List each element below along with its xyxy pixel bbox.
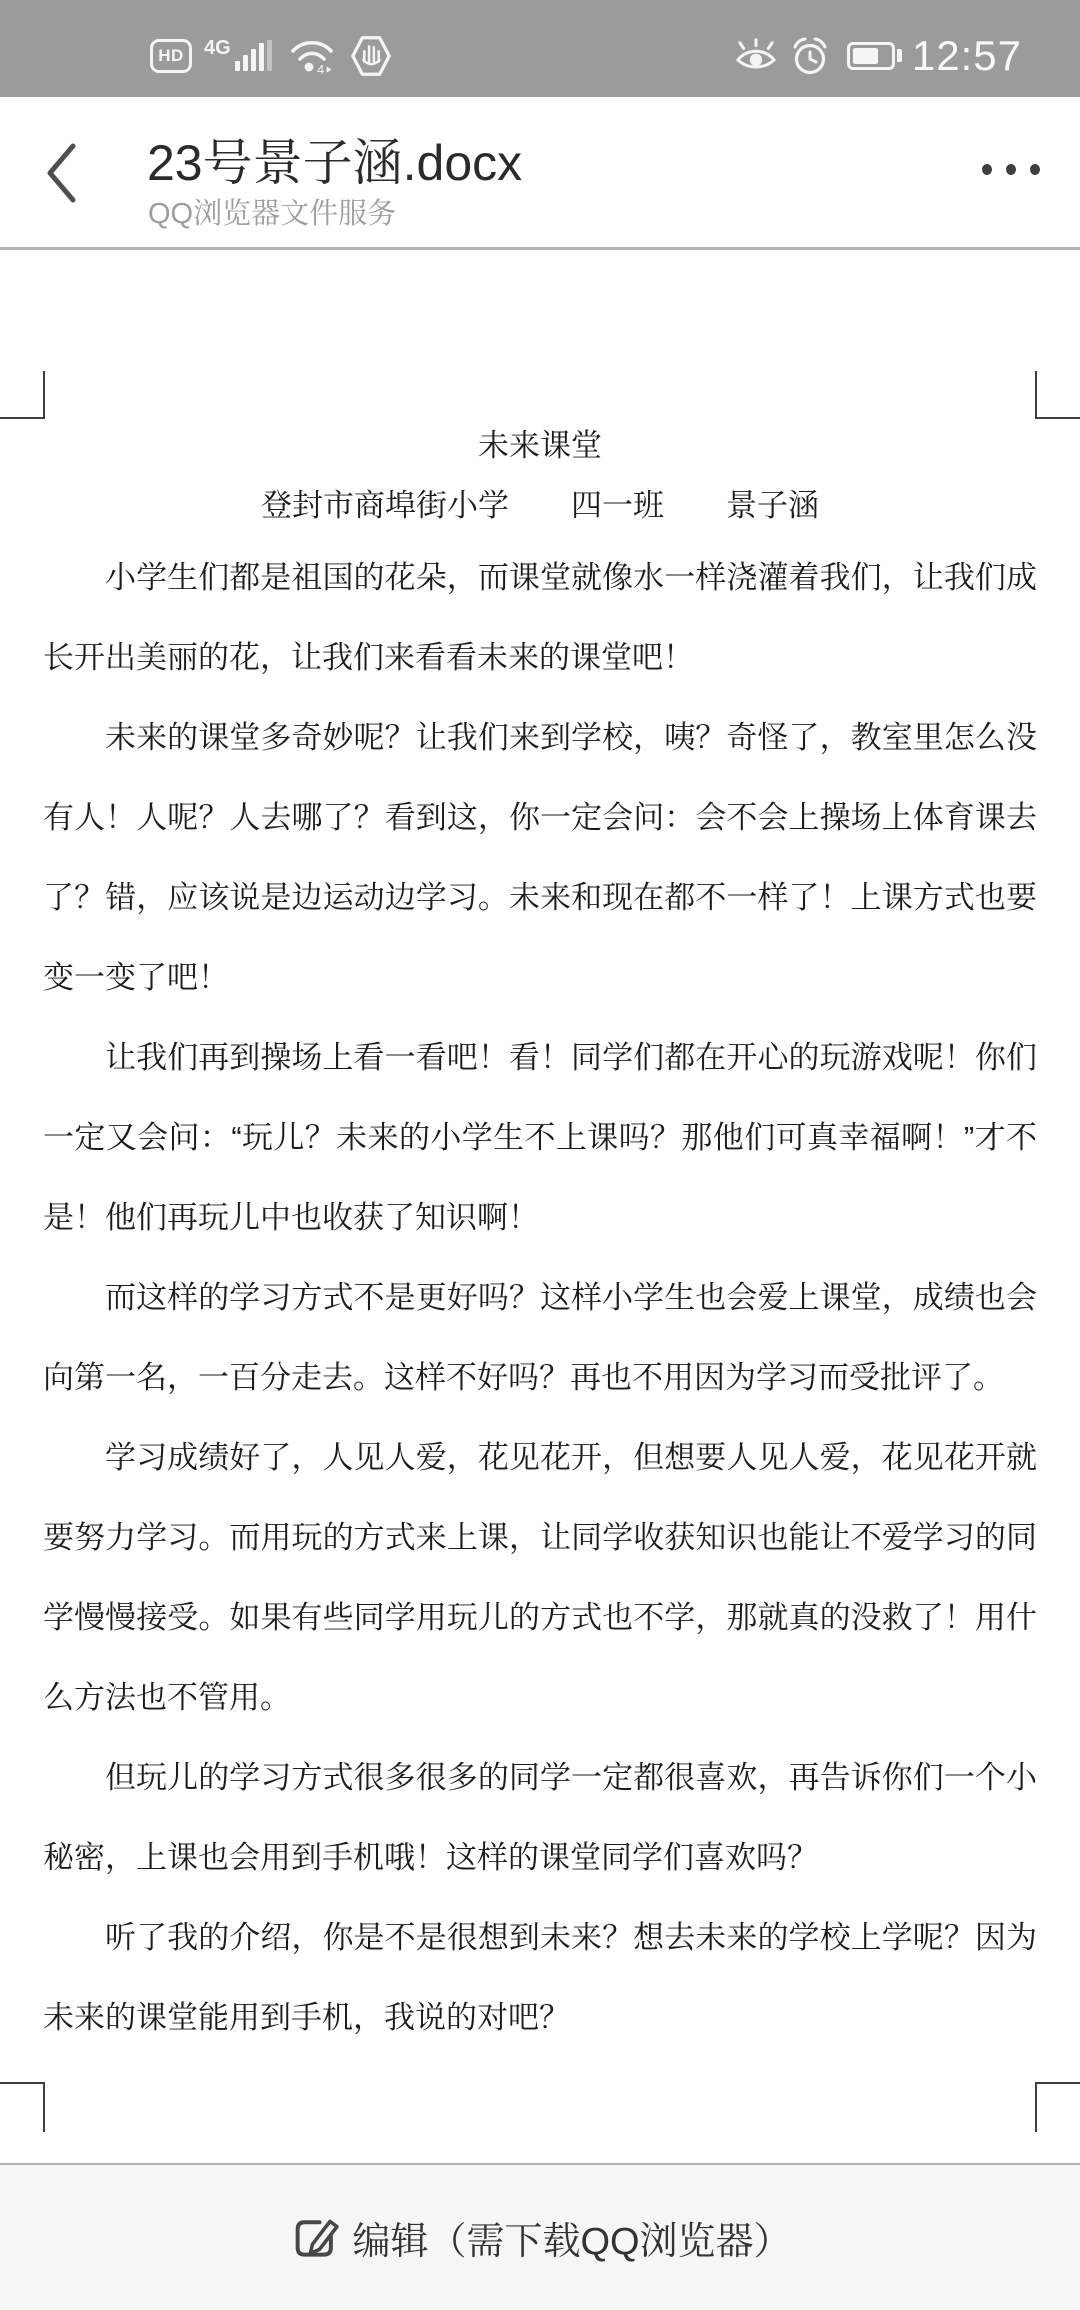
essay-paragraph: 听了我的介绍，你是不是很想到未来？想去未来的学校上学呢？因为未来的课堂能用到手机… <box>43 1898 1037 2058</box>
hand-hexagon-icon <box>348 33 394 79</box>
alarm-clock-icon <box>790 36 830 76</box>
chevron-left-icon <box>44 142 78 204</box>
status-bar: HD 4G 4 <box>0 0 1080 97</box>
more-menu-button[interactable] <box>968 149 1040 189</box>
file-title: 23号景子涵.docx <box>147 123 522 195</box>
wifi-icon: 4 <box>289 36 335 76</box>
back-button[interactable] <box>44 141 88 205</box>
hd-badge-label: HD <box>158 46 184 66</box>
essay-paragraph: 学习成绩好了，人见人爱，花见花开，但想要人见人爱，花见花开就要努力学习。而用玩的… <box>43 1418 1037 1738</box>
title-bar: 23号景子涵.docx QQ浏览器文件服务 <box>0 97 1080 247</box>
essay-byline: 登封市商埠街小学 四一班 景子涵 <box>43 474 1037 538</box>
essay-paragraph: 未来的课堂多奇妙呢？让我们来到学校，咦？奇怪了，教室里怎么没有人！人呢？人去哪了… <box>43 698 1037 1018</box>
battery-fill <box>853 48 878 64</box>
page-corner-mark-top-left <box>0 371 45 419</box>
eye-comfort-icon <box>735 37 777 75</box>
network-type-label: 4G <box>204 37 231 60</box>
ellipsis-icon <box>982 164 992 175</box>
edit-button[interactable]: 编辑（需下载QQ浏览器） <box>288 2210 791 2266</box>
essay-title: 未来课堂 <box>43 418 1037 474</box>
status-right-group: 12:57 <box>735 32 1022 80</box>
essay-paragraph: 小学生们都是祖国的花朵，而课堂就像水一样浇灌着我们，让我们成长开出美丽的花，让我… <box>43 538 1037 698</box>
edit-pencil-icon <box>288 2210 344 2266</box>
page-corner-mark-top-right <box>1035 371 1080 419</box>
essay-paragraph: 但玩儿的学习方式很多很多的同学一定都很喜欢，再告诉你们一个小秘密，上课也会用到手… <box>43 1738 1037 1898</box>
clock-time: 12:57 <box>912 32 1022 80</box>
document-content: 未来课堂 登封市商埠街小学 四一班 景子涵 小学生们都是祖国的花朵，而课堂就像水… <box>43 418 1037 2058</box>
signal-strength-icon <box>235 40 275 71</box>
essay-paragraph: 让我们再到操场上看一看吧！看！同学们都在开心的玩游戏呢！你们一定又会问：“玩儿？… <box>43 1018 1037 1258</box>
page-corner-mark-bottom-right <box>1035 2082 1080 2132</box>
svg-text:4: 4 <box>317 62 324 76</box>
bottom-action-bar: 编辑（需下载QQ浏览器） <box>0 2163 1080 2310</box>
status-left-group: HD 4G 4 <box>150 33 407 79</box>
document-preview[interactable]: 未来课堂 登封市商埠街小学 四一班 景子涵 小学生们都是祖国的花朵，而课堂就像水… <box>0 250 1080 2163</box>
battery-icon <box>847 42 902 70</box>
hd-badge-icon: HD <box>150 39 192 73</box>
page-corner-mark-bottom-left <box>0 2082 45 2132</box>
edit-button-label: 编辑（需下载QQ浏览器） <box>352 2210 791 2265</box>
essay-paragraph: 而这样的学习方式不是更好吗？这样小学生也会爱上课堂，成绩也会向第一名，一百分走去… <box>43 1258 1037 1418</box>
file-source-subtitle: QQ浏览器文件服务 <box>148 191 396 232</box>
